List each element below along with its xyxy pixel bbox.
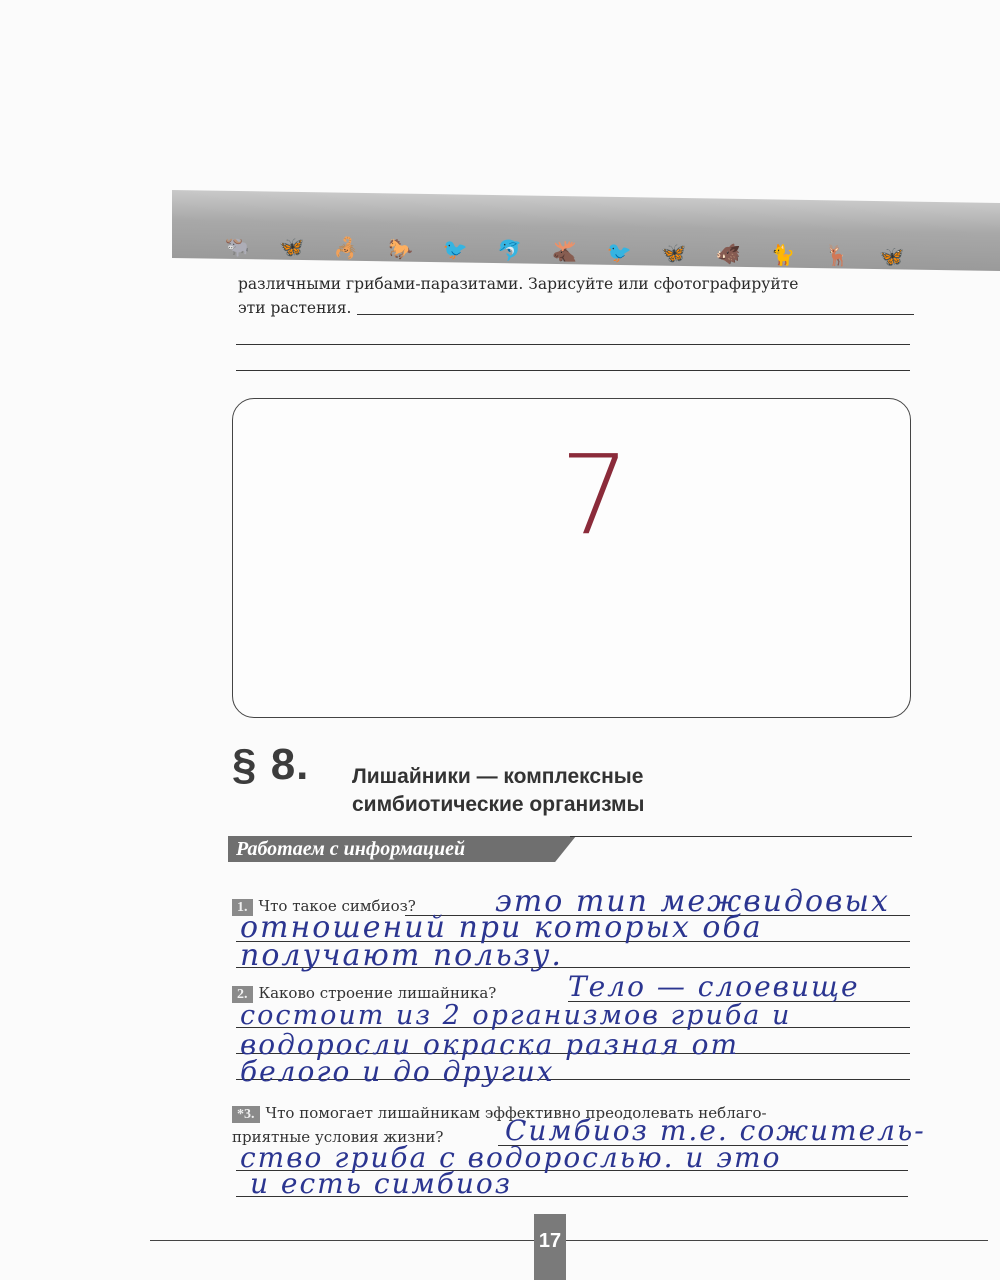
section-number: § 8. — [232, 740, 309, 790]
scorpion-icon: 🦂 — [334, 238, 359, 258]
moose-icon: 🫎 — [552, 241, 577, 261]
intro-text: различными грибами-паразитами. Зарисуйте… — [238, 272, 914, 320]
intro-line-2: эти растения. — [238, 296, 351, 320]
question-number: *3. — [232, 1106, 260, 1123]
answer-line[interactable] — [357, 313, 914, 315]
handwritten-answer: Тело — слоевище — [568, 970, 860, 1003]
handwritten-answer: и есть симбиоз — [250, 1167, 512, 1200]
page-number: 17 — [534, 1214, 566, 1280]
intro-line-1: различными грибами-паразитами. Зарисуйте… — [238, 272, 914, 296]
butterfly-icon: 🦋 — [879, 246, 904, 266]
handwritten-answer: состоит из 2 организмов гриба и — [240, 1000, 791, 1031]
footer-rule — [150, 1240, 534, 1241]
divider — [570, 836, 912, 837]
dolphin-icon: 🐬 — [497, 240, 522, 260]
teacher-mark: 7 — [560, 440, 620, 560]
bird-icon: 🐦 — [443, 239, 468, 259]
horse-icon: 🐎 — [388, 239, 413, 259]
section-title: Лишайники — комплексные симбиотические о… — [352, 763, 645, 819]
answer-line[interactable] — [236, 344, 910, 345]
handwritten-answer: белого и до других — [240, 1055, 555, 1088]
heron-icon: 🐦 — [607, 242, 632, 262]
cat-icon: 🐈 — [770, 245, 795, 265]
workbook-page: 🐃 🦋 🦂 🐎 🐦 🐬 🫎 🐦 🦋 🐗 🐈 🦌 🦋 различными гри… — [0, 0, 1000, 1280]
handwritten-answer: получают пользу. — [240, 938, 563, 973]
butterfly-icon: 🦋 — [279, 237, 304, 257]
section-title-line-2: симбиотические организмы — [352, 791, 645, 819]
answer-line[interactable] — [236, 370, 910, 371]
antelope-icon: 🦌 — [825, 245, 850, 265]
info-banner: Работаем с информацией — [228, 836, 576, 862]
bison-icon: 🐃 — [225, 236, 250, 256]
section-title-line-1: Лишайники — комплексные — [352, 763, 645, 791]
footer-rule — [566, 1240, 988, 1241]
boar-icon: 🐗 — [716, 244, 741, 264]
moth-icon: 🦋 — [661, 243, 686, 263]
